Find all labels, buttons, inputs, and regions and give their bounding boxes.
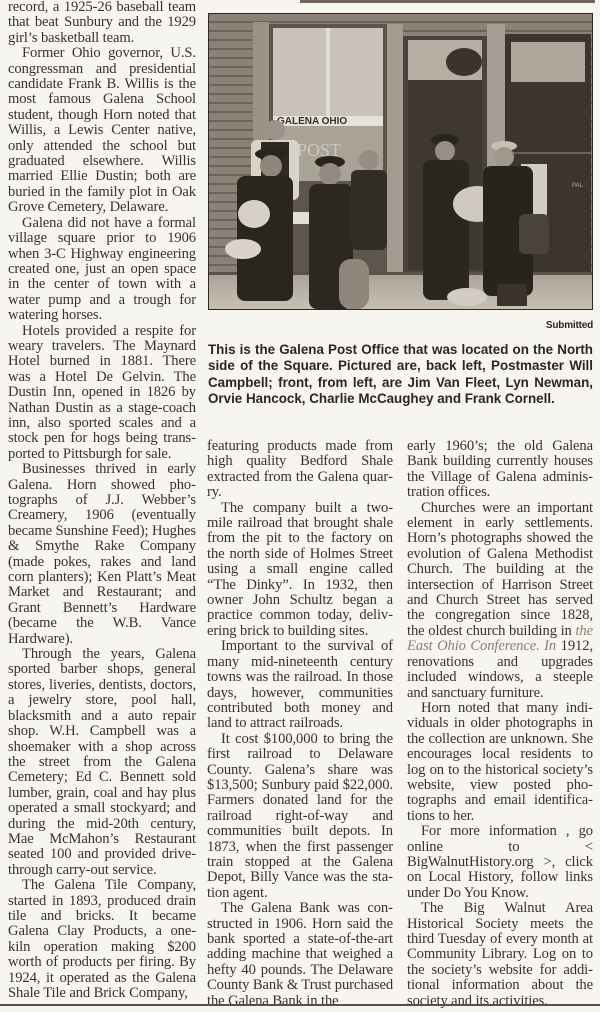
window-sign-text: GALENA OHIO: [277, 116, 347, 127]
paragraph-text: Churches were an important element in ea…: [407, 500, 593, 639]
article-paragraph: Businesses thrived in early Galena. Horn…: [8, 462, 196, 647]
article-paragraph: Churches were an important element in ea…: [407, 501, 593, 701]
article-paragraph: early 1960’s; the old Galena Bank buildi…: [407, 439, 593, 501]
article-paragraph: Former Ohio governor, U.S. congressman a…: [8, 46, 196, 215]
photo-image: GALENA OHIO POST PAL: [209, 14, 592, 309]
article-paragraph: Hotels provided a respite for weary trav…: [8, 324, 196, 463]
post-office-photo: GALENA OHIO POST PAL: [208, 13, 593, 310]
bottom-rule-divider: [0, 1004, 600, 1006]
article-paragraph: It cost $100,000 to bring the first rail…: [207, 732, 393, 901]
article-paragraph: The Galena Bank was con­structed in 1906…: [207, 901, 393, 1009]
article-paragraph: Horn noted that many indi­viduals in old…: [407, 701, 593, 824]
article-paragraph: featuring products made from high qualit…: [207, 439, 393, 501]
article-paragraph: The Big Walnut Area Historical Society m…: [407, 901, 593, 1009]
article-paragraph: The company built a two-mile railroad th…: [207, 501, 393, 640]
photo-credit: Submitted: [208, 320, 593, 331]
article-paragraph: record, a 1925-26 baseball team that bea…: [8, 0, 196, 46]
article-column-left: record, a 1925-26 baseball team that bea…: [8, 0, 196, 1001]
article-paragraph: The Galena Tile Company, started in 1893…: [8, 878, 196, 1001]
article-column-middle: featuring products made from high qualit…: [207, 439, 393, 1009]
photo-caption: This is the Galena Post Office that was …: [208, 342, 593, 408]
article-column-right: early 1960’s; the old Galena Bank buildi…: [407, 439, 593, 1009]
article-paragraph: Important to the survival of many mid-ni…: [207, 639, 393, 731]
previous-photo-edge: [300, 0, 595, 3]
article-paragraph: For more information , go online to < Bi…: [407, 824, 593, 901]
article-paragraph: Galena did not have a formal village squ…: [8, 216, 196, 324]
article-paragraph: Through the years, Galena sported barber…: [8, 647, 196, 878]
svg-text:PAL: PAL: [572, 183, 584, 189]
